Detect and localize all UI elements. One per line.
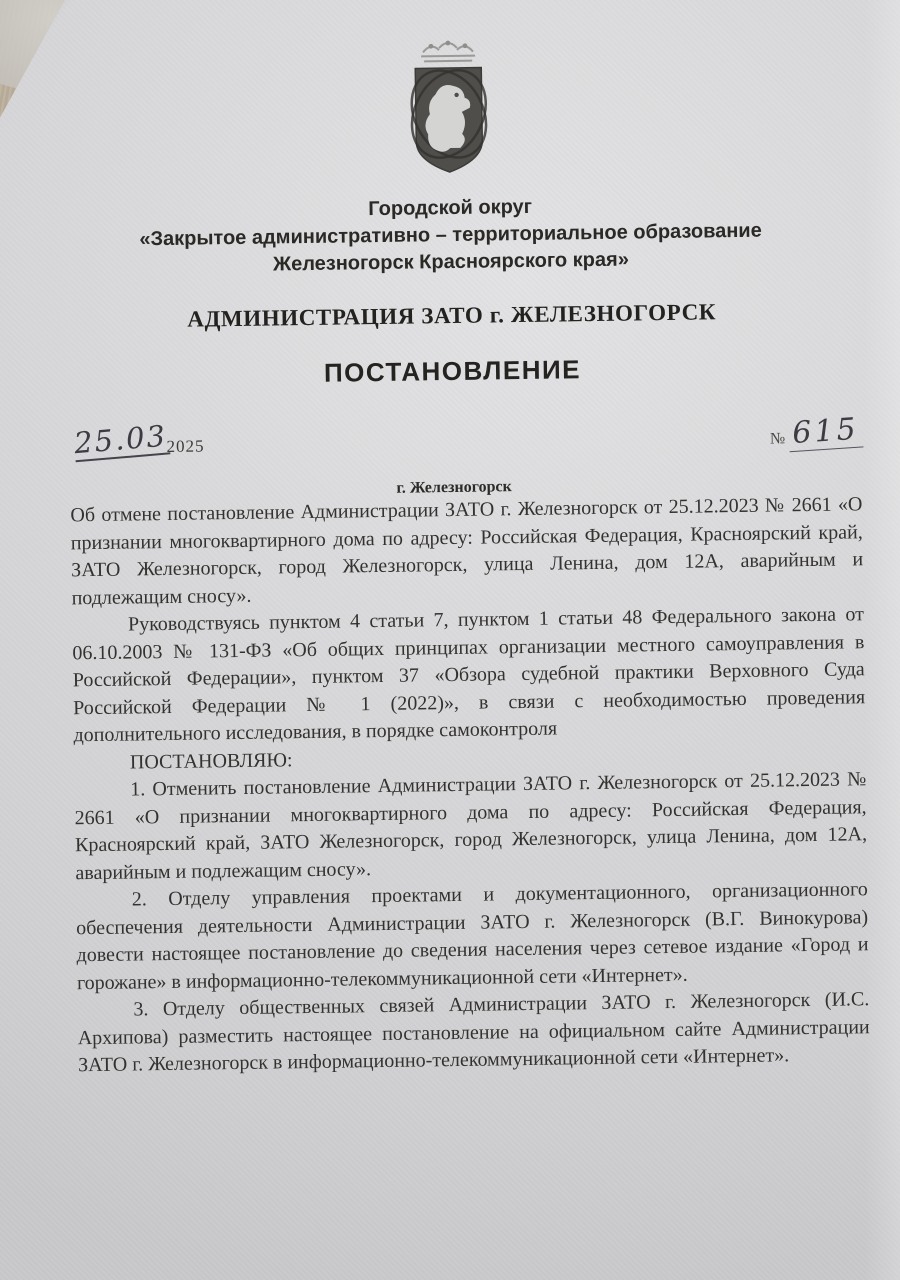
organization-name: АДМИНИСТРАЦИЯ ЗАТО г. ЖЕЛЕЗНОГОРСК xyxy=(2,297,900,336)
document-number-field: № 615 xyxy=(770,415,864,452)
coat-of-arms-icon xyxy=(373,35,525,182)
resolution-item-3: 3. Отделу общественных связей Администра… xyxy=(77,986,870,1080)
document-type-title: ПОСТАНОВЛЕНИЕ xyxy=(2,350,900,394)
photo-of-document: { "page": { "background_color": "#b3a692… xyxy=(0,0,900,1280)
handwritten-number: 615 xyxy=(787,411,863,452)
municipality-header: Городской округ «Закрытое административн… xyxy=(30,189,871,282)
subject-paragraph: Об отмене постановление Администрации ЗА… xyxy=(70,491,863,612)
number-sign: № xyxy=(770,430,786,447)
date-field: 25.032025 xyxy=(75,424,205,462)
preamble-paragraph: Руководствуясь пунктом 4 статьи 7, пункт… xyxy=(72,601,866,750)
document-paper: Городской округ «Закрытое административн… xyxy=(0,0,900,1280)
resolution-item-1: 1. Отменить постановление Администрации … xyxy=(74,766,867,887)
resolution-item-2: 2. Отделу управления проектами и докумен… xyxy=(76,876,869,997)
document-content: Городской округ «Закрытое административн… xyxy=(0,0,900,1081)
printed-year: 2025 xyxy=(166,436,204,456)
handwritten-date: 25.03 xyxy=(73,418,171,462)
date-number-row: 25.032025 № 615 xyxy=(75,415,863,462)
